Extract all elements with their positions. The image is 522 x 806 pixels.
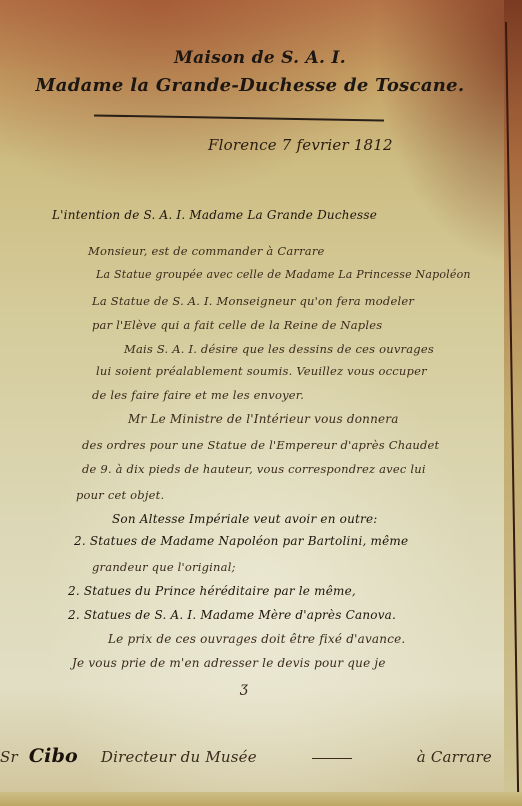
body-line: pour cet objet. [76, 488, 164, 502]
page-bottom-edge [0, 792, 522, 806]
separator-dash [312, 758, 352, 759]
body-line: de les faire faire et me les envoyer. [92, 388, 304, 402]
body-line: lui soient préalablement soumis. Veuille… [96, 364, 427, 378]
body-line: Monsieur, est de commander à Carrare [88, 244, 325, 258]
letter-paper [0, 0, 522, 806]
body-line: Je vous prie de m'en adresser le devis p… [72, 656, 386, 670]
body-line: La Statue groupée avec celle de Madame L… [96, 268, 471, 281]
addressee-location: à Carrare [417, 748, 492, 766]
letterhead-line-1: Maison de S. A. I. [0, 48, 510, 68]
body-line: Le prix de ces ouvrages doit être fixé d… [108, 632, 405, 646]
body-line: Mais S. A. I. désire que les dessins de … [124, 342, 434, 356]
body-line: 2. Statues de S. A. I. Madame Mère d'apr… [68, 608, 396, 622]
body-line: par l'Elève qui a fait celle de la Reine… [92, 318, 382, 332]
body-line: Mr Le Ministre de l'Intérieur vous donne… [128, 412, 399, 426]
body-line: Son Altesse Impériale veut avoir en outr… [112, 512, 378, 526]
letter-date: Florence 7 fevrier 1812 [208, 136, 393, 154]
addressee-line: Sr Cibo Directeur du Musée à Carrare [0, 745, 492, 767]
body-line: des ordres pour une Statue de l'Empereur… [82, 438, 439, 452]
body-line: grandeur que l'original; [92, 560, 236, 574]
addressee-name: Cibo [29, 745, 78, 767]
body-line: La Statue de S. A. I. Monseigneur qu'on … [92, 294, 414, 308]
page-turn-mark: ʒ [240, 680, 248, 696]
letterhead-line-2: Madame la Grande-Duchesse de Toscane. [0, 75, 500, 96]
addressee-prefix: Sr [0, 748, 18, 766]
addressee-title: Directeur du Musée [101, 748, 257, 766]
body-line: de 9. à dix pieds de hauteur, vous corre… [82, 462, 426, 476]
body-line: L'intention de S. A. I. Madame La Grande… [52, 208, 377, 222]
body-line: 2. Statues de Madame Napoléon par Bartol… [74, 534, 408, 548]
body-line: 2. Statues du Prince héréditaire par le … [68, 584, 356, 598]
